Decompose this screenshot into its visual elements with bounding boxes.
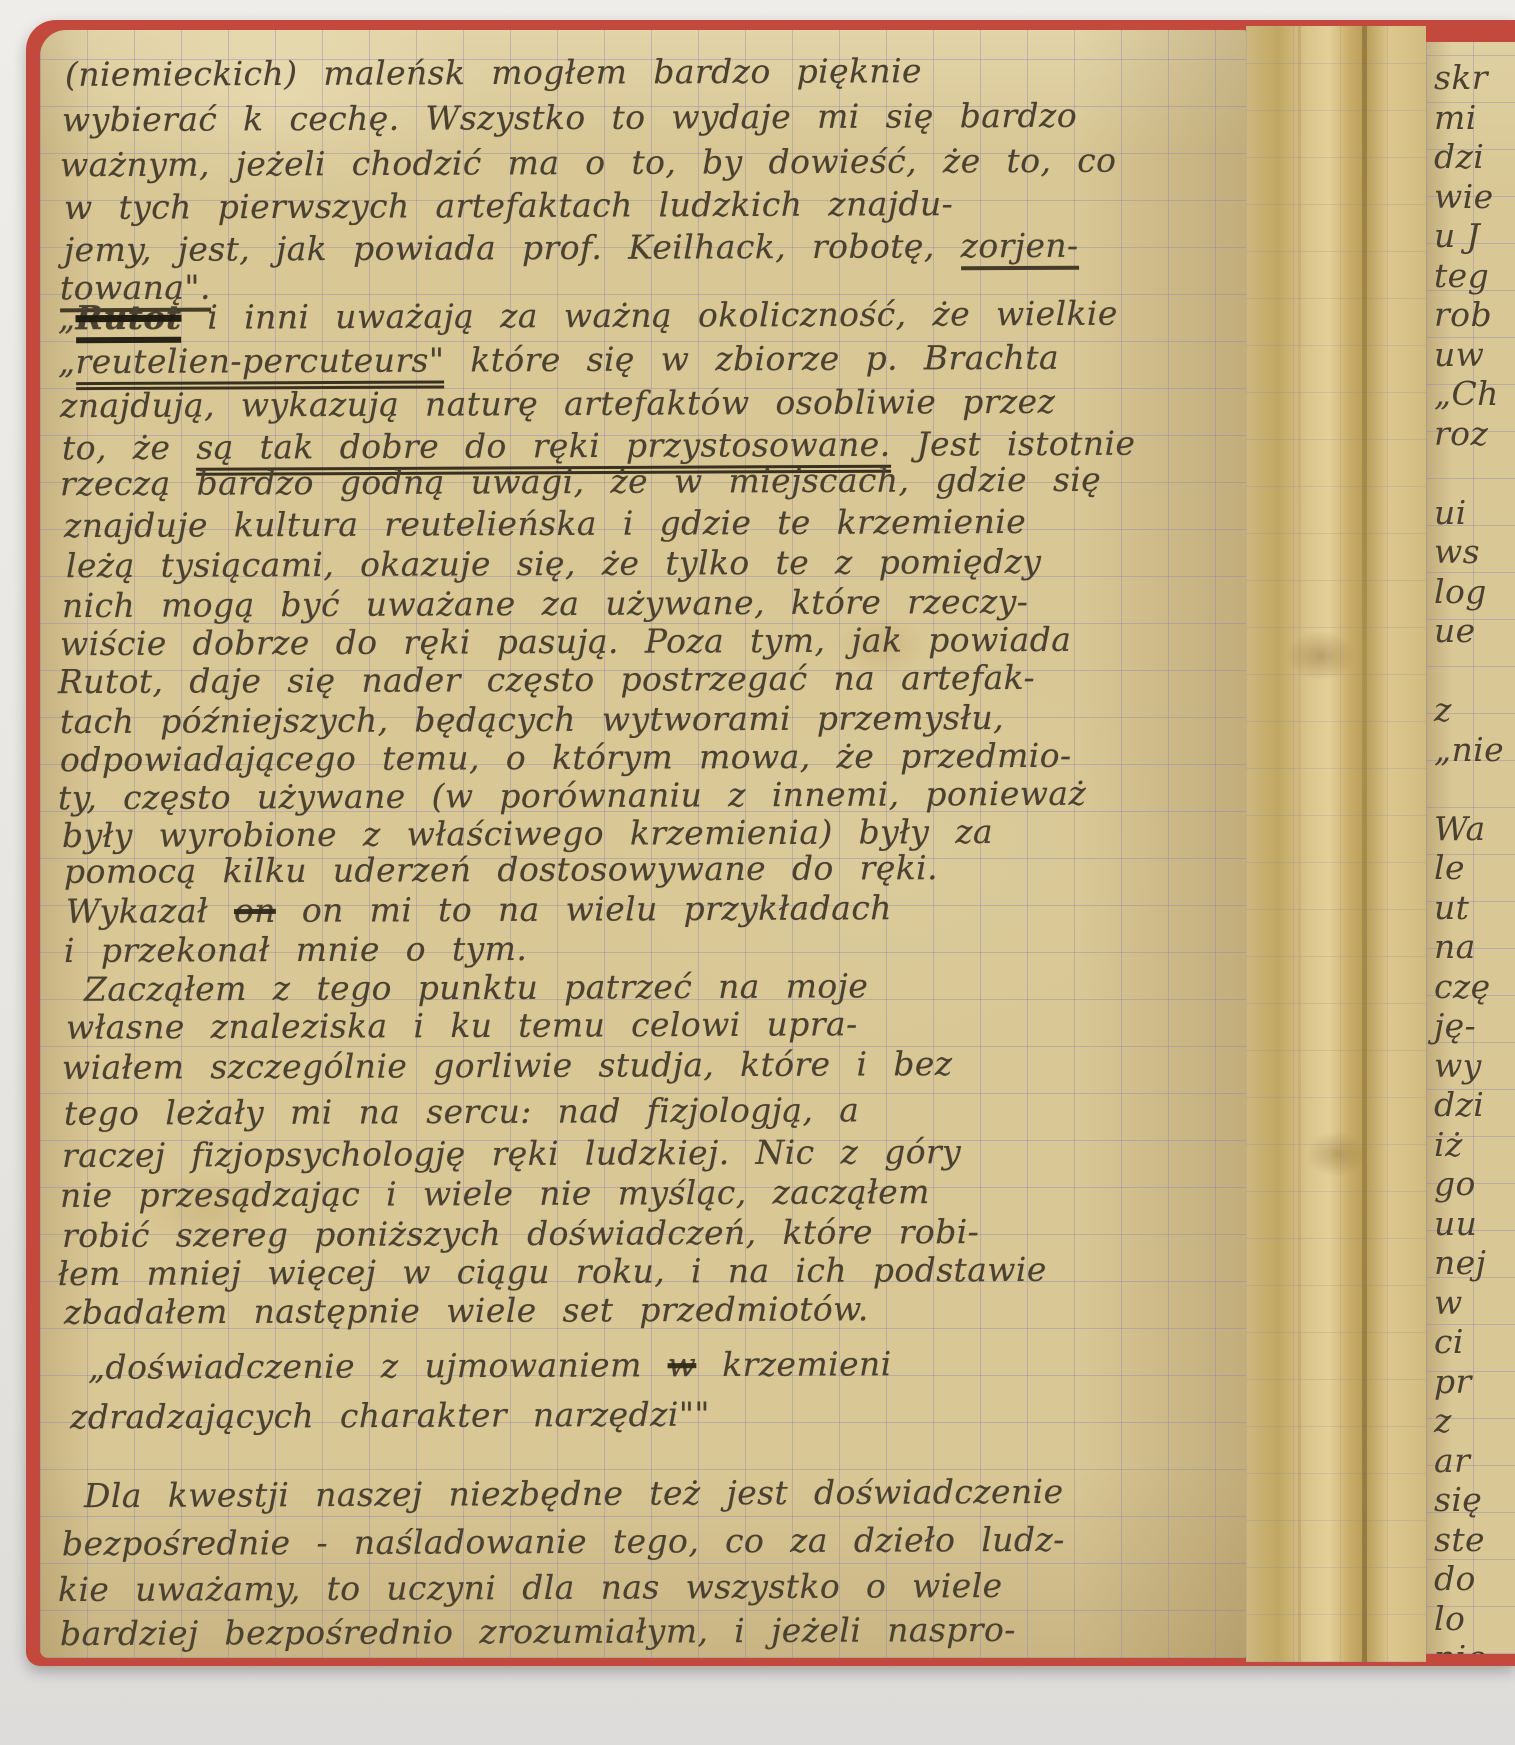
handwriting-fragment: lo bbox=[1434, 1599, 1465, 1638]
handwriting-segment: to, że bbox=[62, 428, 196, 468]
handwriting-segment: raczej fizjopsychologję ręki ludzkiej. N… bbox=[62, 1132, 961, 1175]
handwriting-line: „reutelien-percuteurs" które się w zbior… bbox=[58, 338, 1059, 382]
handwriting-line: rzeczą bardzo godną uwagi, że w miejscac… bbox=[60, 460, 1101, 505]
handwriting-segment: wiałem szczególnie gorliwie studja, któr… bbox=[62, 1044, 953, 1087]
handwriting-segment: ważnym, jeżeli chodzić ma o to, by dowie… bbox=[60, 141, 1117, 185]
handwriting-fragment: uu bbox=[1434, 1204, 1477, 1243]
handwriting-fragment: ste bbox=[1434, 1520, 1485, 1559]
handwriting-segment: tach późniejszych, będących wytworami pr… bbox=[60, 698, 1004, 741]
handwriting-line: ważnym, jeżeli chodzić ma o to, by dowie… bbox=[60, 141, 1117, 186]
handwriting-fragment: uw bbox=[1434, 335, 1484, 374]
handwriting-line: zdradzających charakter narzędzi"" bbox=[70, 1395, 710, 1438]
handwriting-segment: bezpośrednie - naśladowanie tego, co za … bbox=[62, 1520, 1065, 1563]
handwriting-line: znajduje kultura reutelieńska i gdzie te… bbox=[64, 502, 1026, 546]
handwriting-segment: zdradzających charakter narzędzi"" bbox=[70, 1395, 710, 1437]
handwriting-fragment: go bbox=[1434, 1164, 1476, 1203]
handwriting-segment: znajdują, wykazują naturę artefaktów oso… bbox=[60, 382, 1056, 425]
handwriting-segment: „ bbox=[58, 298, 76, 337]
handwriting-fragment: czę bbox=[1434, 967, 1491, 1006]
handwriting-fragment: roz bbox=[1434, 414, 1488, 453]
handwriting-line: znajdują, wykazują naturę artefaktów oso… bbox=[60, 382, 1056, 426]
handwriting-line: i przekonał mnie o tym. bbox=[64, 929, 527, 971]
handwriting-line: pomocą kilku uderzeń dostosowywane do rę… bbox=[64, 848, 938, 892]
handwriting-segment: Wykazał bbox=[66, 891, 234, 931]
handwriting-fragment: dzi bbox=[1434, 1085, 1484, 1124]
handwriting-fragment: Wa bbox=[1434, 809, 1486, 848]
handwriting-segment: leżą tysiącami, okazuje się, że tylko te… bbox=[66, 542, 1042, 585]
handwriting-fragment: nej bbox=[1434, 1243, 1486, 1282]
handwriting-fragment: ar bbox=[1434, 1441, 1470, 1480]
handwriting-segment: bardziej bezpośrednio zrozumiałym, i jeż… bbox=[60, 1610, 1016, 1653]
handwriting-fragment: „Ch bbox=[1434, 374, 1499, 413]
handwriting-fragment: się bbox=[1434, 1480, 1482, 1519]
handwriting-line: zbadałem następnie wiele set przedmiotów… bbox=[64, 1289, 869, 1333]
handwriting-line: jemy, jest, jak powiada prof. Keilhack, … bbox=[64, 226, 1079, 270]
handwriting-segment: odpowiadającego temu, o którym mowa, że … bbox=[60, 736, 1072, 779]
handwriting-fragment: na bbox=[1434, 927, 1476, 966]
handwriting-segment: reutelien-percuteurs" bbox=[75, 340, 444, 390]
handwriting-segment: pomocą kilku uderzeń dostosowywane do rę… bbox=[64, 848, 938, 891]
handwriting-segment: które się w zbiorze p. Brachta bbox=[444, 338, 1059, 380]
handwriting-segment: tego leżały mi na sercu: nad fizjologją,… bbox=[64, 1090, 859, 1132]
right-page: skrmidziwieu Jtegrobuw„Chrozuiwsloguez„n… bbox=[1426, 42, 1515, 1654]
handwriting-segment: Dla kwestji naszej niezbędne też jest do… bbox=[84, 1472, 1064, 1515]
handwriting-segment: wybierać k cechę. Wszystko to wydaje mi … bbox=[62, 96, 1077, 139]
handwriting-fragment: ui bbox=[1434, 493, 1467, 532]
handwriting-segment: Rutot bbox=[75, 298, 181, 343]
handwriting-fragment: le bbox=[1434, 848, 1465, 887]
handwriting-fragment: pr bbox=[1434, 1362, 1472, 1401]
handwriting-segment: nie przesądzając i wiele nie myśląc, zac… bbox=[60, 1172, 930, 1215]
handwriting-segment: Zacząłem z tego punktu patrzeć na moje bbox=[84, 966, 868, 1008]
handwriting-segment: ty, często używane (w porównaniu z innem… bbox=[58, 774, 1086, 817]
handwriting-line: Rutot, daje się nader często postrzegać … bbox=[58, 658, 1035, 702]
handwriting-fragment: wy bbox=[1434, 1046, 1482, 1085]
handwriting-fragment: wie bbox=[1434, 177, 1494, 216]
handwriting-segment: krzemieni bbox=[696, 1344, 892, 1384]
handwriting-fragment: rob bbox=[1434, 295, 1492, 334]
handwriting-line: wiałem szczególnie gorliwie studja, któr… bbox=[62, 1044, 953, 1088]
handwriting-segment: rzeczą bardzo godną uwagi, że w miejscac… bbox=[60, 460, 1101, 504]
handwriting-fragment: ut bbox=[1434, 888, 1469, 927]
handwriting-fragment: u J bbox=[1434, 216, 1480, 255]
handwriting-line: „doświadczenie z ujmowaniem w krzemieni bbox=[88, 1344, 892, 1388]
handwriting-line: w tych pierwszych artefaktach ludzkich z… bbox=[64, 184, 953, 228]
handwriting-segment: i inni uważają za ważną okoliczność, że … bbox=[181, 294, 1118, 337]
left-page: (niemieckich) maleńsk mogłem bardzo pięk… bbox=[40, 30, 1246, 1658]
handwriting-segment: i przekonał mnie o tym. bbox=[64, 929, 527, 970]
handwriting-fragment: z bbox=[1434, 690, 1452, 729]
handwriting-line: „Rutot i inni uważają za ważną okoliczno… bbox=[58, 294, 1118, 339]
handwriting-line: łem mniej więcej w ciągu roku, i na ich … bbox=[58, 1250, 1047, 1294]
handwriting-line: wybierać k cechę. Wszystko to wydaje mi … bbox=[62, 96, 1077, 140]
handwriting-fragment: skr bbox=[1434, 58, 1488, 97]
handwriting-fragment: iż bbox=[1434, 1125, 1463, 1164]
handwriting-line: raczej fizjopsychologję ręki ludzkiej. N… bbox=[62, 1132, 961, 1176]
handwriting-fragment: mi bbox=[1434, 98, 1477, 137]
handwriting-segment: znajduje kultura reutelieńska i gdzie te… bbox=[64, 502, 1026, 545]
handwriting-line: Wykazał on on mi to na wielu przykładach bbox=[66, 888, 892, 932]
handwriting-fragment: dzi bbox=[1434, 137, 1484, 176]
handwriting-line: Dla kwestji naszej niezbędne też jest do… bbox=[84, 1472, 1064, 1516]
handwriting-fragment: ue bbox=[1434, 611, 1476, 650]
handwriting-line: leżą tysiącami, okazuje się, że tylko te… bbox=[66, 542, 1042, 586]
handwriting-segment: on bbox=[234, 891, 276, 930]
handwriting-segment: własne znaleziska i ku temu celowi upra- bbox=[66, 1004, 858, 1046]
handwriting-segment: „doświadczenie z ujmowaniem bbox=[88, 1345, 668, 1387]
handwriting-fragment: z bbox=[1434, 1401, 1452, 1440]
handwriting-line: (niemieckich) maleńsk mogłem bardzo pięk… bbox=[65, 51, 922, 95]
handwriting-segment: łem mniej więcej w ciągu roku, i na ich … bbox=[58, 1250, 1047, 1293]
handwriting-line: bezpośrednie - naśladowanie tego, co za … bbox=[62, 1520, 1065, 1564]
handwriting-segment: Jest istotnie bbox=[890, 424, 1135, 464]
handwriting-segment: zorjen- bbox=[960, 226, 1078, 271]
handwriting-line: robić szereg poniższych doświadczeń, któ… bbox=[62, 1212, 979, 1256]
handwriting-segment: wiście dobrze do ręki pasują. Poza tym, … bbox=[60, 620, 1071, 663]
handwriting-segment: Rutot, daje się nader często postrzegać … bbox=[58, 658, 1035, 701]
handwriting-fragment: ję- bbox=[1434, 1006, 1476, 1045]
handwriting-fragment: ci bbox=[1434, 1322, 1464, 1361]
handwriting-segment: robić szereg poniższych doświadczeń, któ… bbox=[62, 1212, 979, 1255]
handwriting-segment: w bbox=[668, 1345, 697, 1384]
graph-grid bbox=[1246, 26, 1426, 1662]
handwriting-segment: on mi to na wielu przykładach bbox=[276, 888, 892, 930]
handwriting-line: własne znaleziska i ku temu celowi upra- bbox=[66, 1004, 858, 1047]
fold-crease bbox=[1298, 26, 1301, 1662]
handwriting-line: Zacząłem z tego punktu patrzeć na moje bbox=[84, 966, 868, 1009]
handwriting-segment: w tych pierwszych artefaktach ludzkich z… bbox=[64, 184, 953, 227]
handwriting-fragment: teg bbox=[1434, 256, 1489, 295]
handwriting-fragment: do bbox=[1434, 1559, 1476, 1598]
handwriting-fragment: w bbox=[1434, 1283, 1463, 1322]
fold-crease bbox=[1362, 26, 1367, 1662]
handwriting-line: nich mogą być uważane za używane, które … bbox=[62, 582, 1028, 626]
handwriting-segment: (niemieckich) maleńsk mogłem bardzo pięk… bbox=[65, 51, 922, 94]
handwriting-line: bardziej bezpośrednio zrozumiałym, i jeż… bbox=[60, 1610, 1016, 1654]
handwriting-segment: zbadałem następnie wiele set przedmiotów… bbox=[64, 1289, 869, 1332]
handwriting-segment: jemy, jest, jak powiada prof. Keilhack, … bbox=[64, 226, 961, 269]
handwriting-fragment: ws bbox=[1434, 532, 1480, 571]
handwriting-segment: nich mogą być uważane za używane, które … bbox=[62, 582, 1028, 625]
handwriting-fragment: „nie bbox=[1434, 730, 1504, 769]
handwriting-line: tach późniejszych, będących wytworami pr… bbox=[60, 698, 1004, 742]
handwriting-segment: kie uważamy, to uczyni dla nas wszystko … bbox=[58, 1566, 1003, 1609]
handwriting-line: nie przesądzając i wiele nie myśląc, zac… bbox=[60, 1172, 930, 1216]
handwriting-fragment: log bbox=[1434, 572, 1487, 611]
handwriting-segment: „ bbox=[58, 342, 76, 381]
handwriting-fragment: nie bbox=[1434, 1638, 1487, 1654]
handwriting-line: tego leżały mi na sercu: nad fizjologją,… bbox=[64, 1090, 859, 1133]
handwriting-line: kie uważamy, to uczyni dla nas wszystko … bbox=[58, 1566, 1003, 1610]
gutter-fold bbox=[1246, 26, 1426, 1662]
notebook-scan: { "document": { "kind": "handwritten not… bbox=[0, 0, 1515, 1745]
